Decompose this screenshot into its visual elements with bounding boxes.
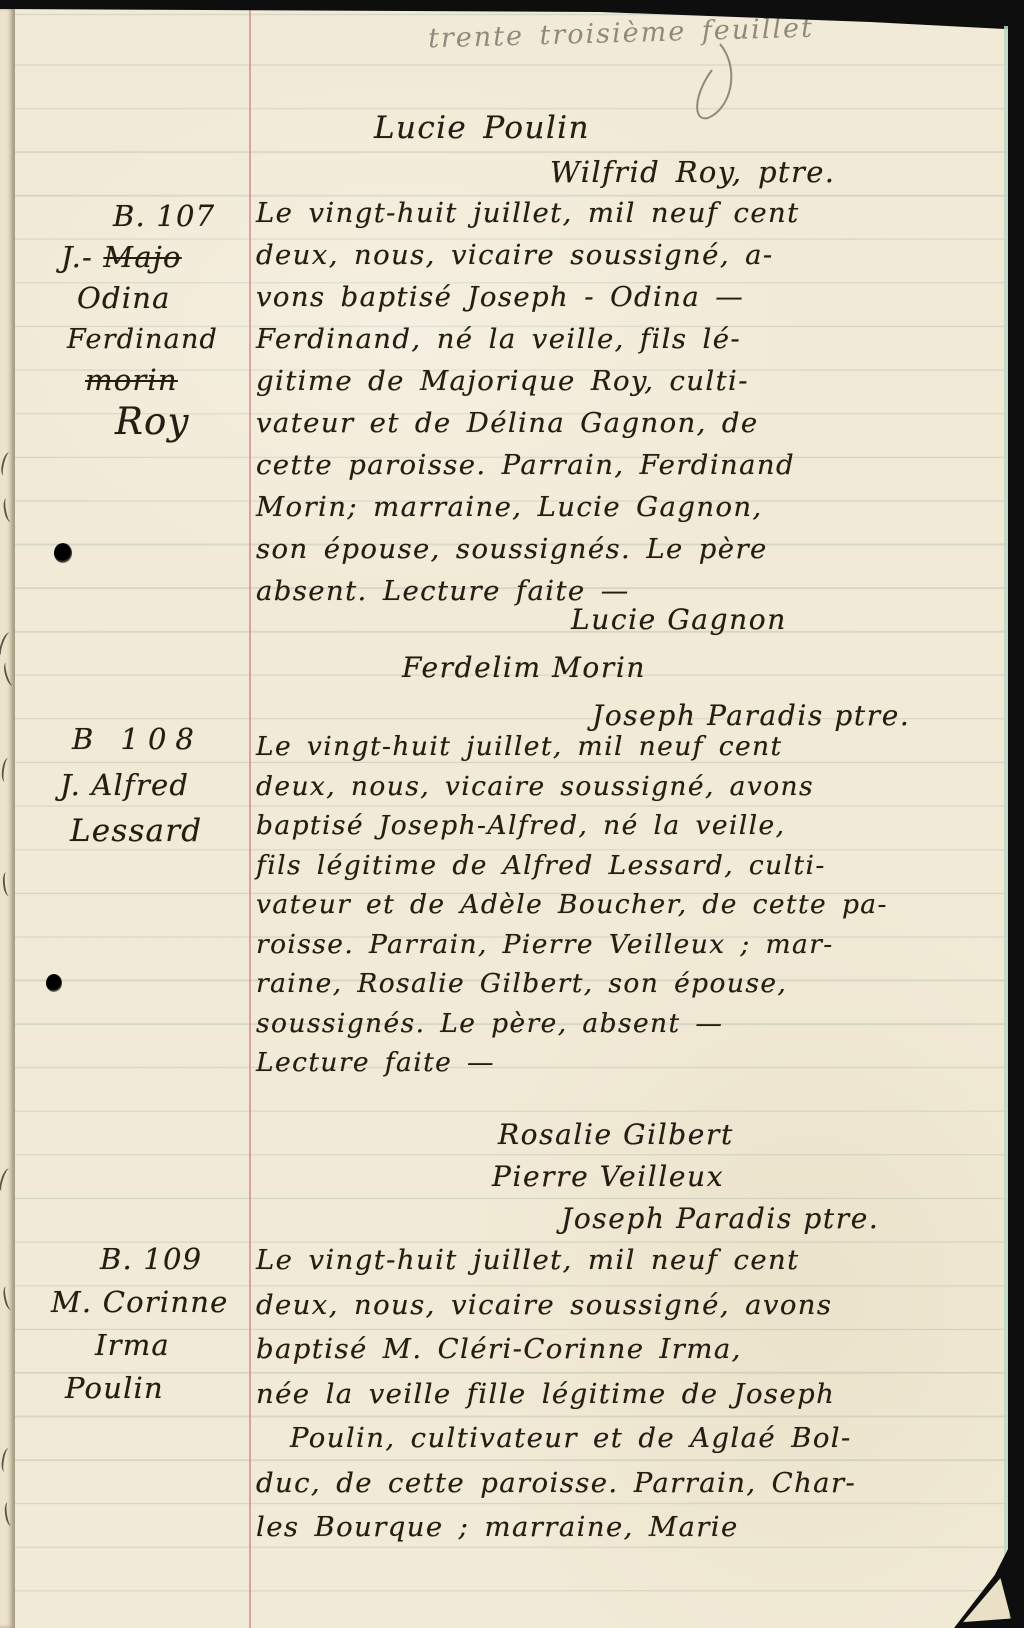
register-page-scan: trente troisième feuillet Lucie Poulin W… xyxy=(0,0,1024,1628)
red-margin-rule xyxy=(249,10,251,1628)
page-heading-name: Lucie Poulin xyxy=(374,110,590,146)
book-cover-right-edge xyxy=(1008,0,1024,1628)
hole-punch xyxy=(46,974,62,992)
pencil-flourish-stroke xyxy=(668,42,758,122)
binding-gutter-edge xyxy=(0,8,15,1628)
hole-punch xyxy=(54,543,72,563)
paper-sheet xyxy=(0,8,1008,1628)
priest-heading-name: Wilfrid Roy, ptre. xyxy=(550,155,835,189)
